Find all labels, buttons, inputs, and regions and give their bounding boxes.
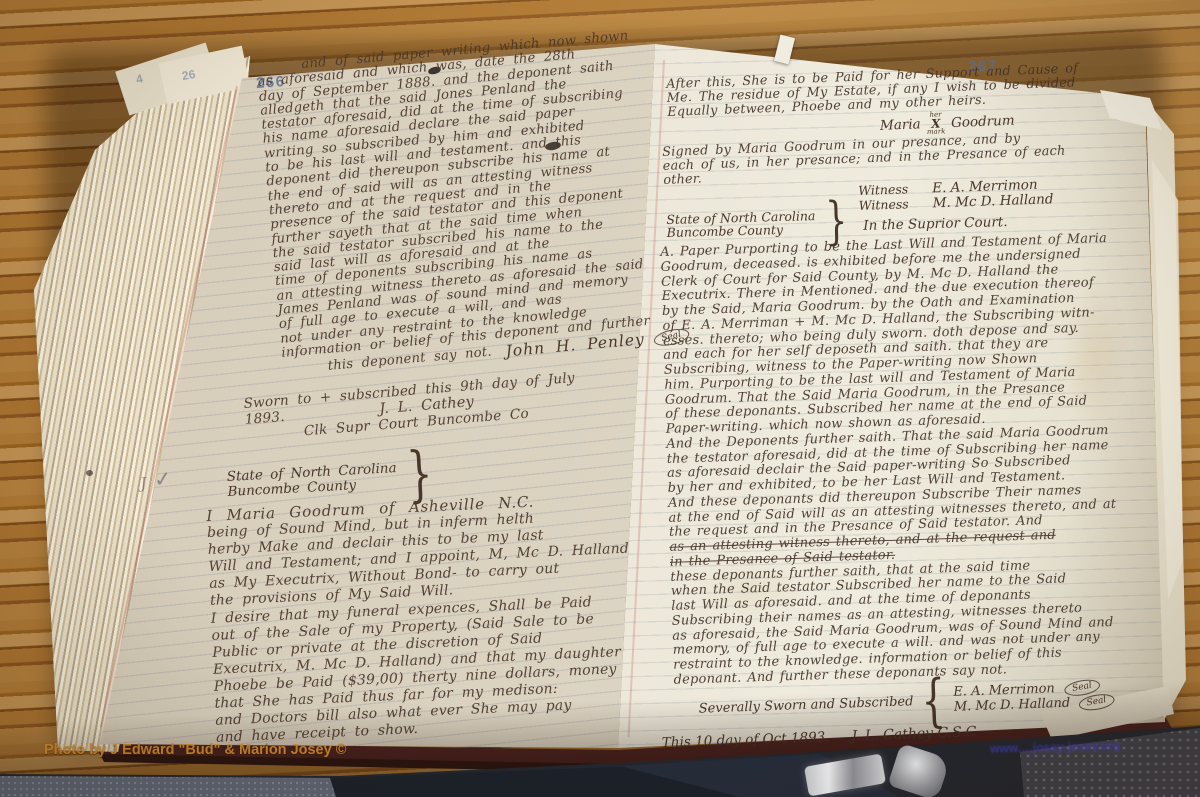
photographer-credit-watermark: Photo by J Edward "Bud" & Marion Josey © bbox=[44, 742, 346, 758]
photo-of-will-book: 266 267 26 4 J✓ and of said paper writin… bbox=[0, 0, 1200, 797]
desk-edge-shading bbox=[0, 0, 1200, 797]
